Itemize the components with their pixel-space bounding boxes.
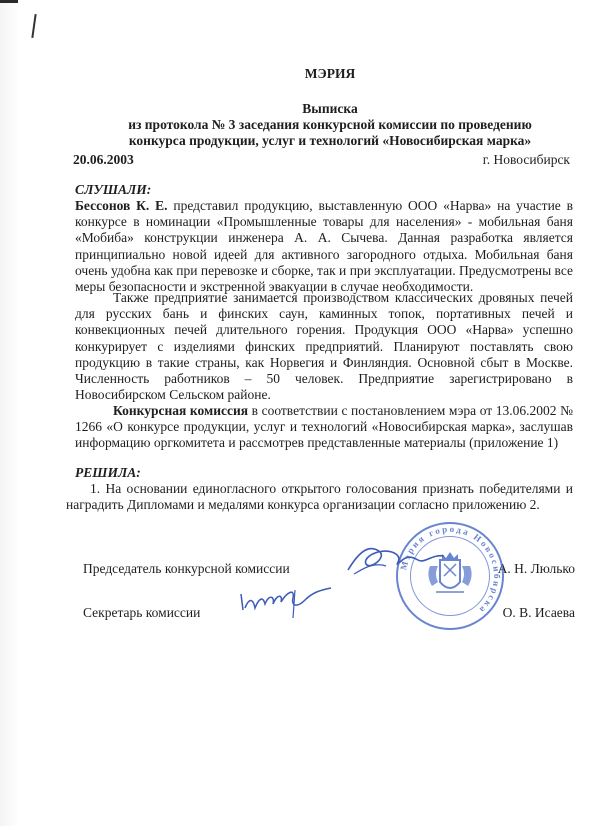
chair-name: А. Н. Люлько (498, 561, 575, 577)
organization-title: МЭРИЯ (60, 66, 600, 82)
decided-heading: РЕШИЛА: (75, 465, 573, 481)
document-subtitle-line2: конкурса продукции, услуг и технологий «… (60, 133, 600, 149)
chair-role: Председатель конкурсной комиссии (83, 561, 290, 577)
chair-signature-icon (340, 540, 450, 580)
decision-item: 1. На основании единогласного открытого … (66, 481, 573, 513)
commission-bold: Конкурсная комиссия (113, 403, 248, 418)
document-date: 20.06.2003 (73, 152, 134, 168)
commission-paragraph: Конкурсная комиссия в соответствии с пос… (75, 403, 573, 452)
document-kind: Выписка (60, 101, 600, 117)
document-page: МЭРИЯ Выписка из протокола № 3 заседания… (0, 0, 600, 826)
heard-paragraph: Бессонов К. Е. представил продукцию, выс… (75, 198, 573, 295)
secretary-name: О. В. Исаева (503, 605, 575, 621)
document-city: г. Новосибирск (483, 152, 570, 168)
secretary-role: Секретарь комиссии (83, 605, 200, 621)
heard-speaker: Бессонов К. Е. (75, 198, 168, 213)
company-paragraph: Также предприятие занимается производств… (75, 290, 573, 403)
document-subtitle-line1: из протокола № 3 заседания конкурсной ко… (60, 117, 600, 133)
heard-heading: СЛУШАЛИ: (75, 182, 573, 198)
secretary-signature-icon (235, 580, 335, 620)
